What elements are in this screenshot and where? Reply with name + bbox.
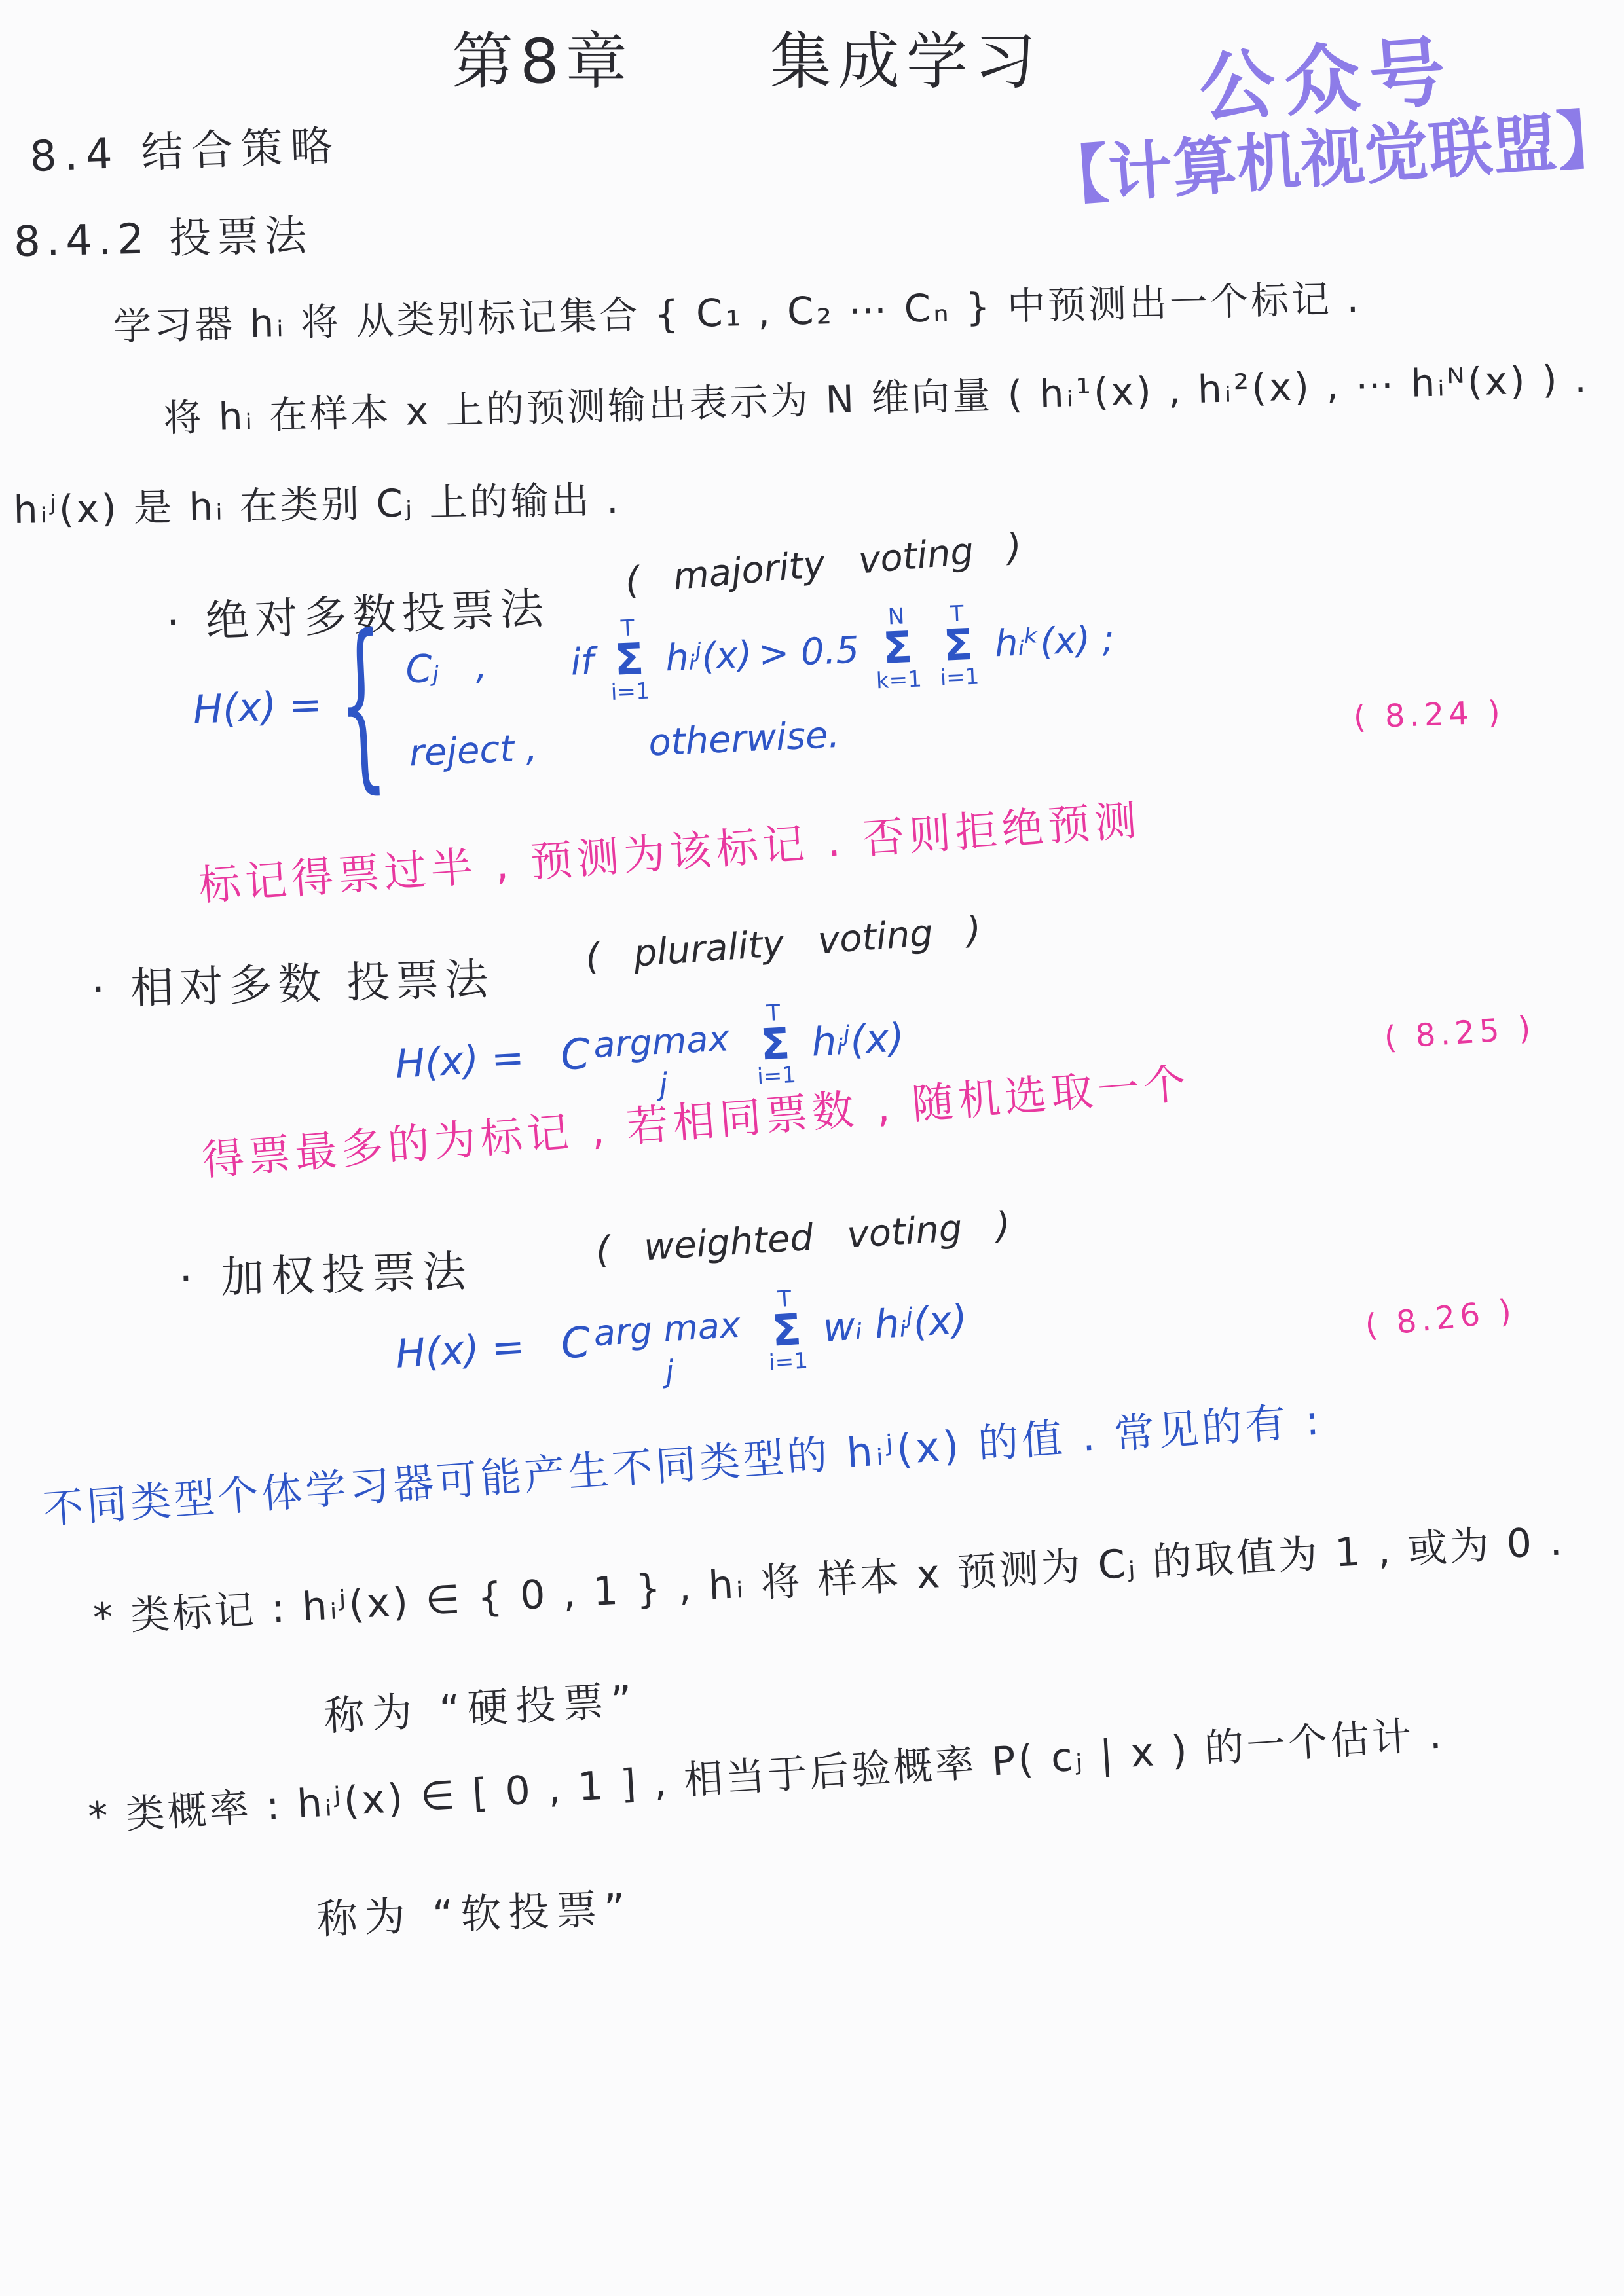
page-title: 第8章 集成学习 xyxy=(452,12,1043,100)
formula-8-24-lhs: H(x) = xyxy=(192,682,323,733)
equation-number-8-25: ( 8.25 ) xyxy=(1383,1010,1536,1057)
plurality-voting-heading: · 相对多数 投票法 xyxy=(90,944,494,1017)
soft-voting-name: 称为 “软投票” xyxy=(316,1876,633,1945)
reject-value: reject , xyxy=(408,727,538,774)
output-types-intro: 不同类型个体学习器可能产生不同类型的 hᵢʲ(x) 的值 . 常见的有 : xyxy=(41,1387,1324,1535)
if-keyword: if xyxy=(570,640,595,683)
sum-lower-limit: i=1 xyxy=(610,680,650,704)
sigma-icon: Σ xyxy=(614,639,645,682)
argmax-label: arg max xyxy=(593,1307,741,1352)
comparison-half: > 0.5 xyxy=(758,629,860,676)
term-weighted-hij: wᵢ hᵢʲ(x) xyxy=(822,1297,969,1351)
case-comma: , xyxy=(474,645,488,688)
hard-voting-name: 称为 “硬投票” xyxy=(322,1667,640,1742)
sum-over-classes: N Σ k=1 xyxy=(873,604,922,692)
subsection-heading: 8.4.2 投票法 xyxy=(13,202,313,268)
formula-8-25-lhs: H(x) = xyxy=(394,1035,525,1087)
class-prefix-c: C xyxy=(560,1319,592,1369)
class-label-line: * 类标记 : hᵢʲ(x) ∈ { 0 , 1 } , hᵢ 将 样本 x 预… xyxy=(92,1510,1566,1643)
watermark: 公众号 【计算机视觉联盟】 xyxy=(1037,18,1622,214)
sum-over-learners: T Σ i=1 xyxy=(608,617,650,704)
otherwise-condition: otherwise. xyxy=(648,714,841,765)
sigma-icon: Σ xyxy=(942,625,974,667)
sum-lower-limit: k=1 xyxy=(876,668,922,692)
weighted-voting-heading: · 加权投票法 xyxy=(178,1236,473,1306)
intro-line-1: 学习器 hᵢ 将 从类别标记集合 { C₁ , C₂ ⋯ Cₙ } 中预测出一个… xyxy=(113,268,1362,351)
formula-8-24-cases: Cⱼ , if T Σ i=1 hᵢʲ(x) > 0.5 N Σ k=1 T Σ xyxy=(403,596,1118,774)
intro-line-2: 将 hᵢ 在样本 x 上的预测输出表示为 N 维向量 ( hᵢ¹(x) , hᵢ… xyxy=(162,348,1589,443)
term-hij: hᵢʲ(x) xyxy=(810,1015,905,1065)
majority-voting-note: 标记得票过半 , 预测为该标记 . 否则拒绝预测 xyxy=(196,786,1143,912)
sigma-icon: Σ xyxy=(771,1309,803,1352)
section-heading: 8.4 结合策略 xyxy=(29,112,341,183)
majority-voting-english: ( majority voting ) xyxy=(623,526,1024,603)
cases-brace: { xyxy=(335,610,388,795)
term-hik: hᵢᵏ(x) ; xyxy=(994,617,1116,665)
case-reject-row: reject , otherwise. xyxy=(408,701,1118,774)
sum-lower-limit: i=1 xyxy=(768,1350,809,1375)
argmax-operator: arg max j xyxy=(593,1307,744,1391)
argmax-subscript: j xyxy=(665,1356,675,1387)
case-value-cj: Cⱼ xyxy=(405,646,440,692)
sum-over-learners: T Σ i=1 xyxy=(753,1001,796,1089)
plurality-voting-english: ( plurality voting ) xyxy=(584,909,982,979)
equation-number-8-26: ( 8.26 ) xyxy=(1363,1292,1517,1345)
notebook-page: 第8章 集成学习 公众号 【计算机视觉联盟】 8.4 结合策略 8.4.2 投票… xyxy=(0,0,1624,2296)
class-prefix-c: C xyxy=(559,1030,591,1080)
formula-8-26: H(x) = C arg max j T Σ i=1 wᵢ hᵢʲ(x) xyxy=(393,1271,970,1403)
sigma-icon: Σ xyxy=(759,1023,790,1066)
sum-over-learners: T Σ i=1 xyxy=(937,602,980,689)
sum-over-learners: T Σ i=1 xyxy=(764,1286,808,1374)
equation-number-8-24: ( 8.24 ) xyxy=(1353,694,1505,736)
argmax-label: argmax xyxy=(593,1021,730,1063)
weighted-voting-english: ( weighted voting ) xyxy=(595,1204,1012,1272)
sum-lower-limit: i=1 xyxy=(940,665,980,689)
class-probability-line: * 类概率 : hᵢʲ(x) ∈ [ 0 , 1 ] , 相当于后验概率 P( … xyxy=(86,1703,1445,1842)
intro-line-3: hᵢʲ(x) 是 hᵢ 在类别 Cⱼ 上的输出 . xyxy=(13,469,621,534)
formula-8-26-lhs: H(x) = xyxy=(394,1324,526,1377)
sigma-icon: Σ xyxy=(882,627,913,670)
term-hij: hᵢʲ(x) xyxy=(665,633,753,680)
